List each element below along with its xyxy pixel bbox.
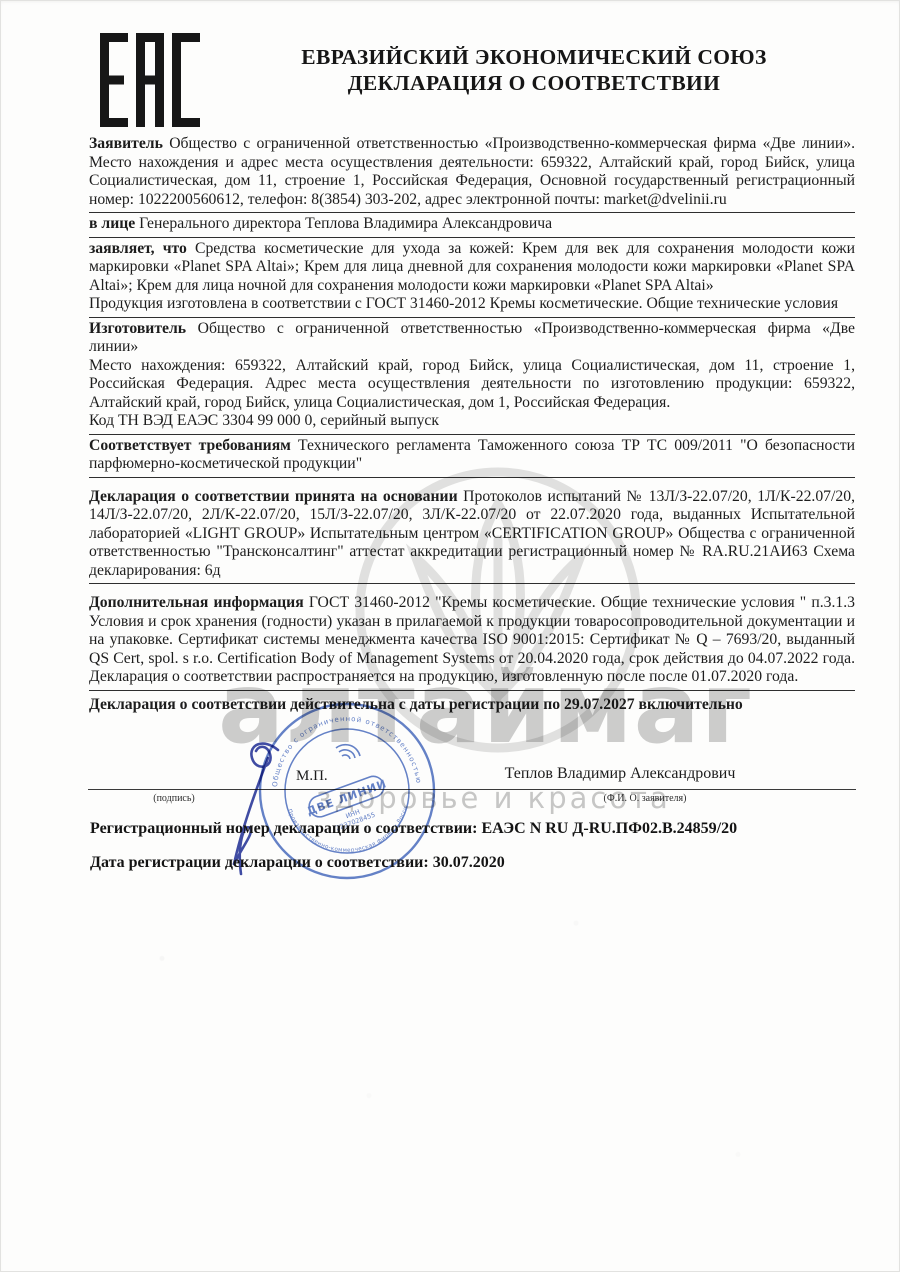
additional-info-label: Дополнительная информация [89,594,304,611]
document-body: Заявитель Общество с ограниченной ответс… [89,133,855,717]
applicant-name-caption: (Ф.И. О. заявителя) [560,793,730,804]
signature-caption: (подпись) [118,793,230,804]
scan-noise-texture [0,880,900,1272]
section-declares: заявляет, что Средства косметические для… [89,238,855,318]
manufacturer-address-text: Место нахождения: 659322, Алтайский край… [89,357,855,413]
section-manufacturer: Изготовитель Общество с ограниченной отв… [89,318,855,435]
registration-number-line: Регистрационный номер декларации о соотв… [90,820,737,838]
registration-date-line: Дата регистрации декларации о соответств… [90,854,505,872]
applicant-name: Теплов Владимир Александрович [470,765,770,783]
section-applicant: Заявитель Общество с ограниченной ответс… [89,133,855,213]
stamp-ring-text-top: Общество с ограниченной ответственностью [271,715,423,787]
eac-mark-icon [100,33,200,127]
basis-label: Декларация о соответствии принята на осн… [89,488,458,505]
in-person-text: Генерального директора Теплова Владимира… [139,215,552,232]
section-basis: Декларация о соответствии принята на осн… [89,486,855,585]
manufacturer-text: Общество с ограниченной ответственностью… [89,320,855,356]
in-person-label: в лице [89,215,135,232]
declaration-document-page: ЕВРАЗИЙСКИЙ ЭКОНОМИЧЕСКИЙ СОЮЗ ДЕКЛАРАЦИ… [0,0,900,1272]
section-complies: Соответствует требованиям Технического р… [89,435,855,478]
manufacturer-label: Изготовитель [89,320,186,337]
manufacturer-tnved-text: Код ТН ВЭД ЕАЭС 3304 99 000 0, серийный … [89,412,855,431]
document-title: ЕВРАЗИЙСКИЙ ЭКОНОМИЧЕСКИЙ СОЮЗ ДЕКЛАРАЦИ… [212,44,856,96]
document-title-line2: ДЕКЛАРАЦИЯ О СООТВЕТСТВИИ [212,70,856,96]
complies-label: Соответствует требованиям [89,437,291,454]
section-additional-info: Дополнительная информация ГОСТ 31460-201… [89,592,855,691]
declares-text: Средства косметические для ухода за коже… [89,240,855,294]
seal-place-mark: М.П. [296,768,328,785]
svg-text:Общество с ограниченной ответс: Общество с ограниченной ответственностью [271,715,423,787]
declares-gost-text: Продукция изготовлена в соответствии с Г… [89,295,855,314]
document-title-line1: ЕВРАЗИЙСКИЙ ЭКОНОМИЧЕСКИЙ СОЮЗ [212,44,856,70]
section-in-person: в лице Генерального директора Теплова Вл… [89,213,855,238]
declares-label: заявляет, что [89,240,187,257]
stamp-inn-label: ИНН [345,808,362,821]
signature-line [88,789,856,790]
applicant-label: Заявитель [89,135,163,152]
section-validity: Декларация о соответствии действительна … [89,691,855,718]
applicant-text: Общество с ограниченной ответственностью… [89,135,855,208]
